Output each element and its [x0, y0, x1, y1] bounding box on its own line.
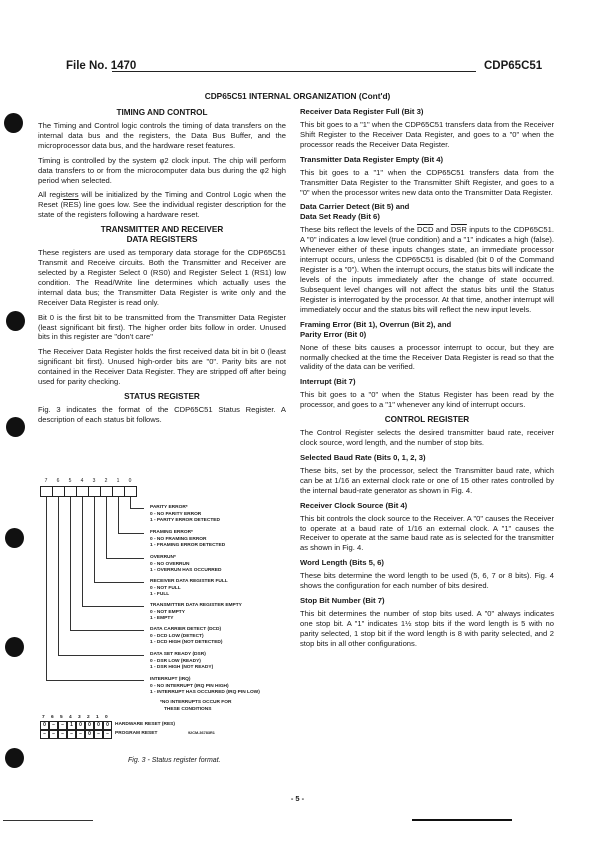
figure-footnote: *NO INTERRUPTS OCCUR FORTHESE CONDITIONS	[160, 700, 231, 713]
tdre-paragraph: This bit goes to a "1" when the CDP65C51…	[300, 168, 554, 198]
leader-line	[130, 508, 144, 509]
interrupt-paragraph: This bit goes to a "0" when the Status R…	[300, 390, 554, 410]
page-title: CDP65C51 INTERNAL ORGANIZATION (Cont'd)	[0, 91, 595, 101]
field-rdrf: RECEIVER DATA REGISTER FULL0 - NOT FULL1…	[150, 579, 228, 599]
section-title-tx-rx: TRANSMITTER AND RECEIVERDATA REGISTERS	[38, 225, 286, 245]
leader-line	[70, 497, 71, 631]
field-tdre: TRANSMITTER DATA REGISTER EMPTY0 - NOT E…	[150, 603, 242, 623]
leader-line	[94, 582, 144, 583]
rcs-paragraph: This bit controls the clock source to th…	[300, 514, 554, 554]
status-register-figure: 7 6 5 4 3 2 1 0 PARITY ERROR*0 - NO PARI…	[40, 478, 288, 768]
punch-hole	[5, 528, 24, 548]
heading-interrupt: Interrupt (Bit 7)	[300, 377, 554, 387]
leader-line	[118, 533, 144, 534]
punch-hole	[4, 113, 23, 133]
left-column: TIMING AND CONTROL The Timing and Contro…	[38, 104, 286, 430]
figure-caption: Fig. 3 - Status register format.	[128, 757, 221, 764]
leader-line	[94, 497, 95, 583]
leader-line	[106, 497, 107, 559]
dcd-dsr-paragraph: These bits reflect the levels of the DCD…	[300, 225, 554, 314]
tx-rx-paragraph-3: The Receiver Data Register holds the fir…	[38, 347, 286, 387]
field-interrupt: INTERRUPT (IRQ)0 - NO INTERRUPT (IRQ PIN…	[150, 677, 260, 697]
tx-rx-paragraph-1: These registers are used as temporary da…	[38, 248, 286, 307]
control-paragraph: The Control Register selects the desired…	[300, 428, 554, 448]
field-parity-error: PARITY ERROR*0 - NO PARITY ERROR1 - PARI…	[150, 505, 220, 525]
field-dcd: DATA CARRIER DETECT (DCD)0 - DCD LOW (DE…	[150, 627, 223, 647]
rdrf-paragraph: This bit goes to a "1" when the CDP65C51…	[300, 120, 554, 150]
section-title-status: STATUS REGISTER	[38, 392, 286, 402]
field-dsr: DATA SET READY (DSR)0 - DSR LOW (READY)1…	[150, 652, 213, 672]
leader-line	[46, 680, 144, 681]
punch-hole	[6, 417, 25, 437]
footer-rule-left	[3, 820, 93, 821]
timing-paragraph-3: All registers will be initialized by the…	[38, 190, 286, 220]
leader-line	[58, 497, 59, 656]
heading-rcs: Receiver Clock Source (Bit 4)	[300, 501, 554, 511]
figure-code: 92CM-36783R1	[188, 731, 215, 735]
word-length-paragraph: These bits determine the word length to …	[300, 571, 554, 591]
heading-errors: Framing Error (Bit 1), Overrun (Bit 2), …	[300, 320, 554, 340]
heading-stop-bits: Stop Bit Number (Bit 7)	[300, 596, 554, 606]
field-overrun: OVERRUN*0 - NO OVERRUN1 - OVERRUN HAS OC…	[150, 555, 221, 575]
section-title-timing: TIMING AND CONTROL	[38, 108, 286, 118]
header-rule	[112, 71, 476, 72]
leader-line	[58, 655, 144, 656]
timing-paragraph-1: The Timing and Control logic controls th…	[38, 121, 286, 151]
stop-bits-paragraph: This bit determines the number of stop b…	[300, 609, 554, 649]
errors-paragraph: None of these bits causes a processor in…	[300, 343, 554, 373]
leader-line	[106, 558, 144, 559]
leader-line	[70, 630, 144, 631]
timing-paragraph-2: Timing is controlled by the system φ2 cl…	[38, 156, 286, 186]
field-framing-error: FRAMING ERROR*0 - NO FRAMING ERROR1 - FR…	[150, 530, 225, 550]
baud-paragraph: These bits, set by the processor, select…	[300, 466, 554, 496]
leader-line	[82, 606, 144, 607]
punch-hole	[5, 748, 24, 768]
leader-line	[82, 497, 83, 607]
heading-word-length: Word Length (Bits 5, 6)	[300, 558, 554, 568]
tx-rx-paragraph-2: Bit 0 is the first bit to be transmitted…	[38, 313, 286, 343]
heading-tdre: Transmitter Data Register Empty (Bit 4)	[300, 155, 554, 165]
part-number: CDP65C51	[484, 60, 542, 72]
punch-hole	[5, 637, 24, 657]
status-paragraph: Fig. 3 indicates the format of the CDP65…	[38, 405, 286, 425]
heading-dcd-dsr: Data Carrier Detect (Bit 5) andData Set …	[300, 202, 554, 222]
page-number: - 5 -	[0, 794, 595, 803]
section-title-control: CONTROL REGISTER	[300, 415, 554, 425]
footer-rule-right	[412, 819, 512, 821]
punch-hole	[6, 311, 25, 331]
res-signal: RES	[63, 200, 79, 209]
heading-baud: Selected Baud Rate (Bits 0, 1, 2, 3)	[300, 453, 554, 463]
bit-box	[124, 486, 137, 497]
leader-line	[46, 497, 47, 681]
right-column: Receiver Data Register Full (Bit 3) This…	[300, 104, 554, 654]
heading-rdrf: Receiver Data Register Full (Bit 3)	[300, 107, 554, 117]
leader-line	[118, 497, 119, 534]
